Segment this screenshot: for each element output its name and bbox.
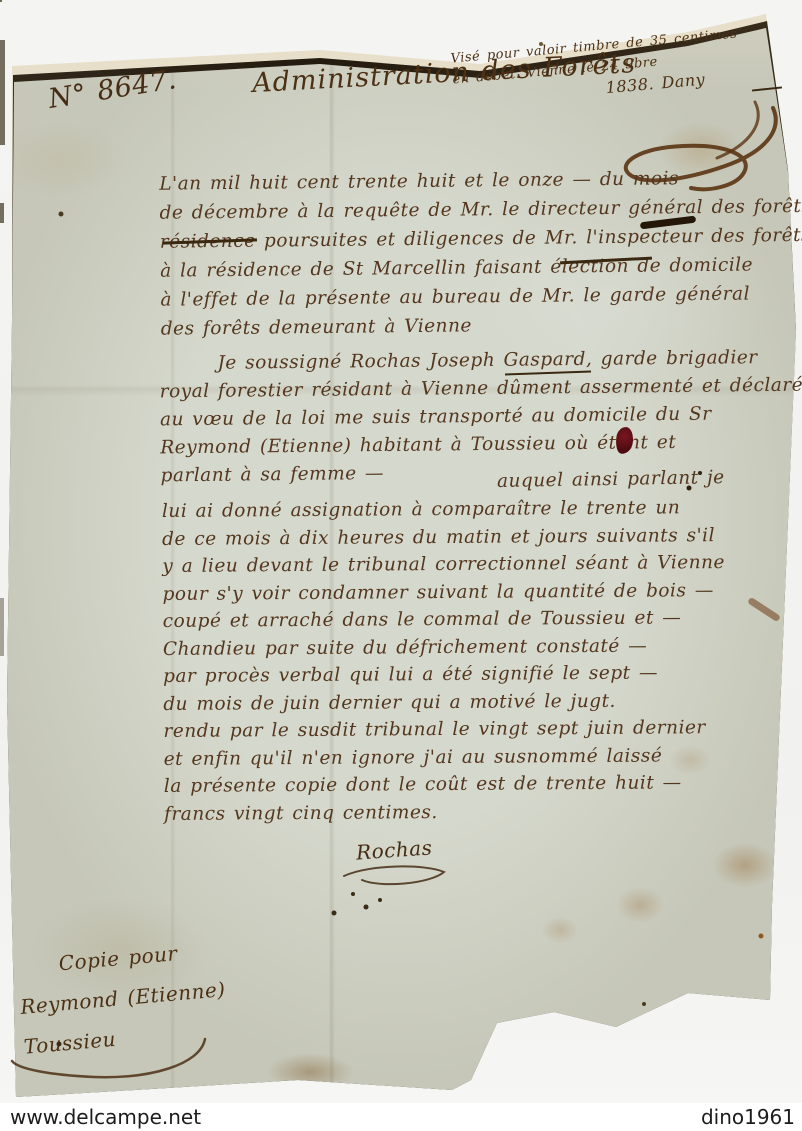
manuscript-line: par procès verbal qui lui a été signifié… [163,659,726,690]
manuscript-line: coupé et arraché dans le commal de Touss… [163,604,726,635]
ink-specks [0,0,2,2]
manuscript-line: Chandieu par suite du défrichement const… [163,632,726,663]
photo-edge-shadow [0,40,5,145]
manuscript-line: pour s'y voir condamner suivant la quant… [162,577,725,608]
manuscript-line: francs vingt cinq centimes. [164,797,727,828]
aside-line: auquel ainsi parlant je [497,467,725,492]
manuscript-line: et enfin qu'il n'en ignore j'ai au susno… [164,742,727,773]
scanned-document-photo: N° 8647. Administration des Forêts Visé … [0,0,802,1131]
watermark-bar: www.delcampe.net dino1961 [0,1103,802,1131]
manuscript-line: du mois de juin dernier qui a motivé le … [163,687,726,718]
manuscript-line: la présente copie dont le coût est de tr… [164,769,727,800]
watermark-site-text: www.delcampe.net [10,1105,201,1129]
recipient-note-flourish [10,1035,210,1085]
body-paragraph-1: L'an mil huit cent trente huit et le onz… [159,162,802,343]
signature-paraph [340,862,450,892]
watermark-seller-text: dino1961 [701,1105,795,1129]
manuscript-line: lui ai donné assignation à comparaître l… [162,494,725,525]
photo-edge-shadow [0,598,4,656]
manuscript-line: y a lieu devant le tribunal correctionne… [162,549,725,580]
manuscript-line: de ce mois à dix heures du matin et jour… [162,522,725,553]
manuscript-line: rendu par le susdit tribunal le vingt se… [163,714,726,745]
body-paragraph-3: lui ai donné assignation à comparaître l… [162,494,727,828]
photo-edge-shadow [0,203,4,223]
